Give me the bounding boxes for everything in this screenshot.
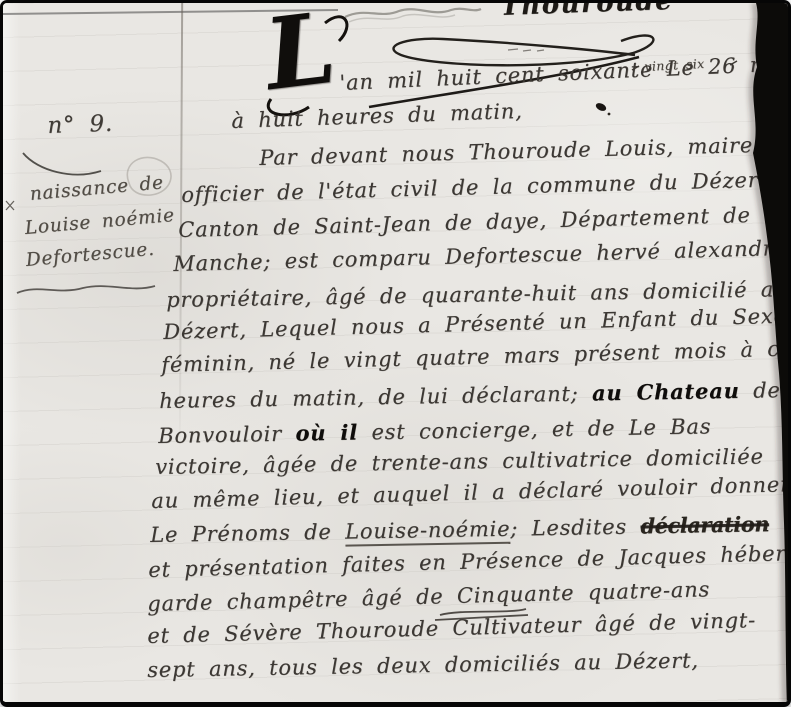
handwriting-segment: officier de l'état civil de la commune d… xyxy=(181,168,768,207)
handwriting-segment: heures du matin, de lui déclarant; xyxy=(159,381,592,413)
act-text-line: 'an mil huit cent soixante Le 26 mars, xyxy=(339,50,791,95)
handwriting-segment: sept ans, tous les deux domiciliés au Dé… xyxy=(147,648,699,682)
handwriting-segment: est concierge, et de Le Bas xyxy=(358,414,712,444)
act-number-flourish xyxy=(23,153,101,175)
handwriting-segment: garde champêtre âgé de Cinquante quatre-… xyxy=(147,577,710,616)
handwriting-segment: victoire, âgée de trente-ans cultivatric… xyxy=(155,444,764,479)
handwriting-segment: Bonvouloir xyxy=(158,422,296,448)
act-text-line: garde champêtre âgé de Cinquante quatre-… xyxy=(147,577,710,616)
act-text-line: Canton de Saint-Jean de daye, Départemen… xyxy=(178,202,785,242)
act-text-line: féminin, né le vingt quatre mars présent… xyxy=(161,336,791,377)
handwriting-segment: 'an mil huit cent soixante Le 26 mars, xyxy=(339,50,791,95)
handwriting-segment: ; Lesdites xyxy=(510,514,641,540)
handwriting-segment: Manche; est comparu Defortescue hervé al… xyxy=(173,236,787,276)
margin-annotation-line: naissance de xyxy=(29,172,165,205)
margin-annotation-line: Louise noémie xyxy=(24,205,176,239)
act-text-line: officier de l'état civil de la commune d… xyxy=(181,168,768,207)
handwriting-segment: Canton de Saint-Jean de daye, Départemen… xyxy=(178,202,785,242)
top-faint-writing-fragment xyxy=(345,9,481,17)
handwriting-segment-bold: où il xyxy=(295,420,358,446)
act-text-line: au même lieu, et auquel il a déclaré vou… xyxy=(151,472,791,513)
handwriting-segment-underline: Louise-noémie xyxy=(345,517,511,547)
act-text-line: heures du matin, de lui déclarant; au Ch… xyxy=(159,377,781,413)
act-text-line: et présentation faites en Présence de Ja… xyxy=(148,541,791,582)
handwriting-segment: et de Sévère Thouroude Cultivateur âgé d… xyxy=(147,608,756,648)
handwriting-segment: de xyxy=(739,378,780,403)
act-text-line: Le Prénoms de Louise-noémie; Lesdites dé… xyxy=(150,511,769,547)
act-text-line: victoire, âgée de trente-ans cultivatric… xyxy=(155,444,764,479)
registrar-signature-fragment: Thouroude xyxy=(500,0,674,22)
act-text-line: Bonvouloir où il est concierge, et de Le… xyxy=(158,413,711,448)
act-number: n° 9. xyxy=(47,111,113,139)
handwriting-segment-bold: au Chateau xyxy=(592,378,740,406)
handwriting-segment: Le Prénoms de xyxy=(150,520,345,547)
handwriting-segment: au même lieu, et auquel il a déclaré vou… xyxy=(151,472,791,513)
handwriting-segment-scribble: déclaration xyxy=(640,511,769,538)
margin-wavy-flourish xyxy=(17,286,155,293)
handwriting-segment: et présentation faites en Présence de Ja… xyxy=(148,541,791,582)
ink-blob-satellite xyxy=(608,113,611,116)
act-text-line: Par devant nous Thouroude Louis, maire xyxy=(259,133,753,170)
margin-annotation-line: Defortescue. xyxy=(25,239,156,271)
act-text-line: et de Sévère Thouroude Cultivateur âgé d… xyxy=(147,608,756,648)
document-scan-frame: n° 9. naissance de Louise noémie Deforte… xyxy=(0,0,791,707)
act-text-line: Manche; est comparu Defortescue hervé al… xyxy=(173,236,787,276)
ink-blob xyxy=(595,102,608,113)
paraphe-inner-ticks xyxy=(508,49,544,51)
act-text-line: sept ans, tous les deux domiciliés au Dé… xyxy=(147,648,699,682)
handwriting-segment: Par devant nous Thouroude Louis, maire xyxy=(259,133,753,170)
initial-dropcap: L xyxy=(259,0,341,113)
top-faint-writing-echo xyxy=(349,15,455,22)
left-edge-x-mark xyxy=(6,201,14,210)
handwriting-segment: féminin, né le vingt quatre mars présent… xyxy=(161,336,791,377)
document-page: n° 9. naissance de Louise noémie Deforte… xyxy=(3,3,788,702)
